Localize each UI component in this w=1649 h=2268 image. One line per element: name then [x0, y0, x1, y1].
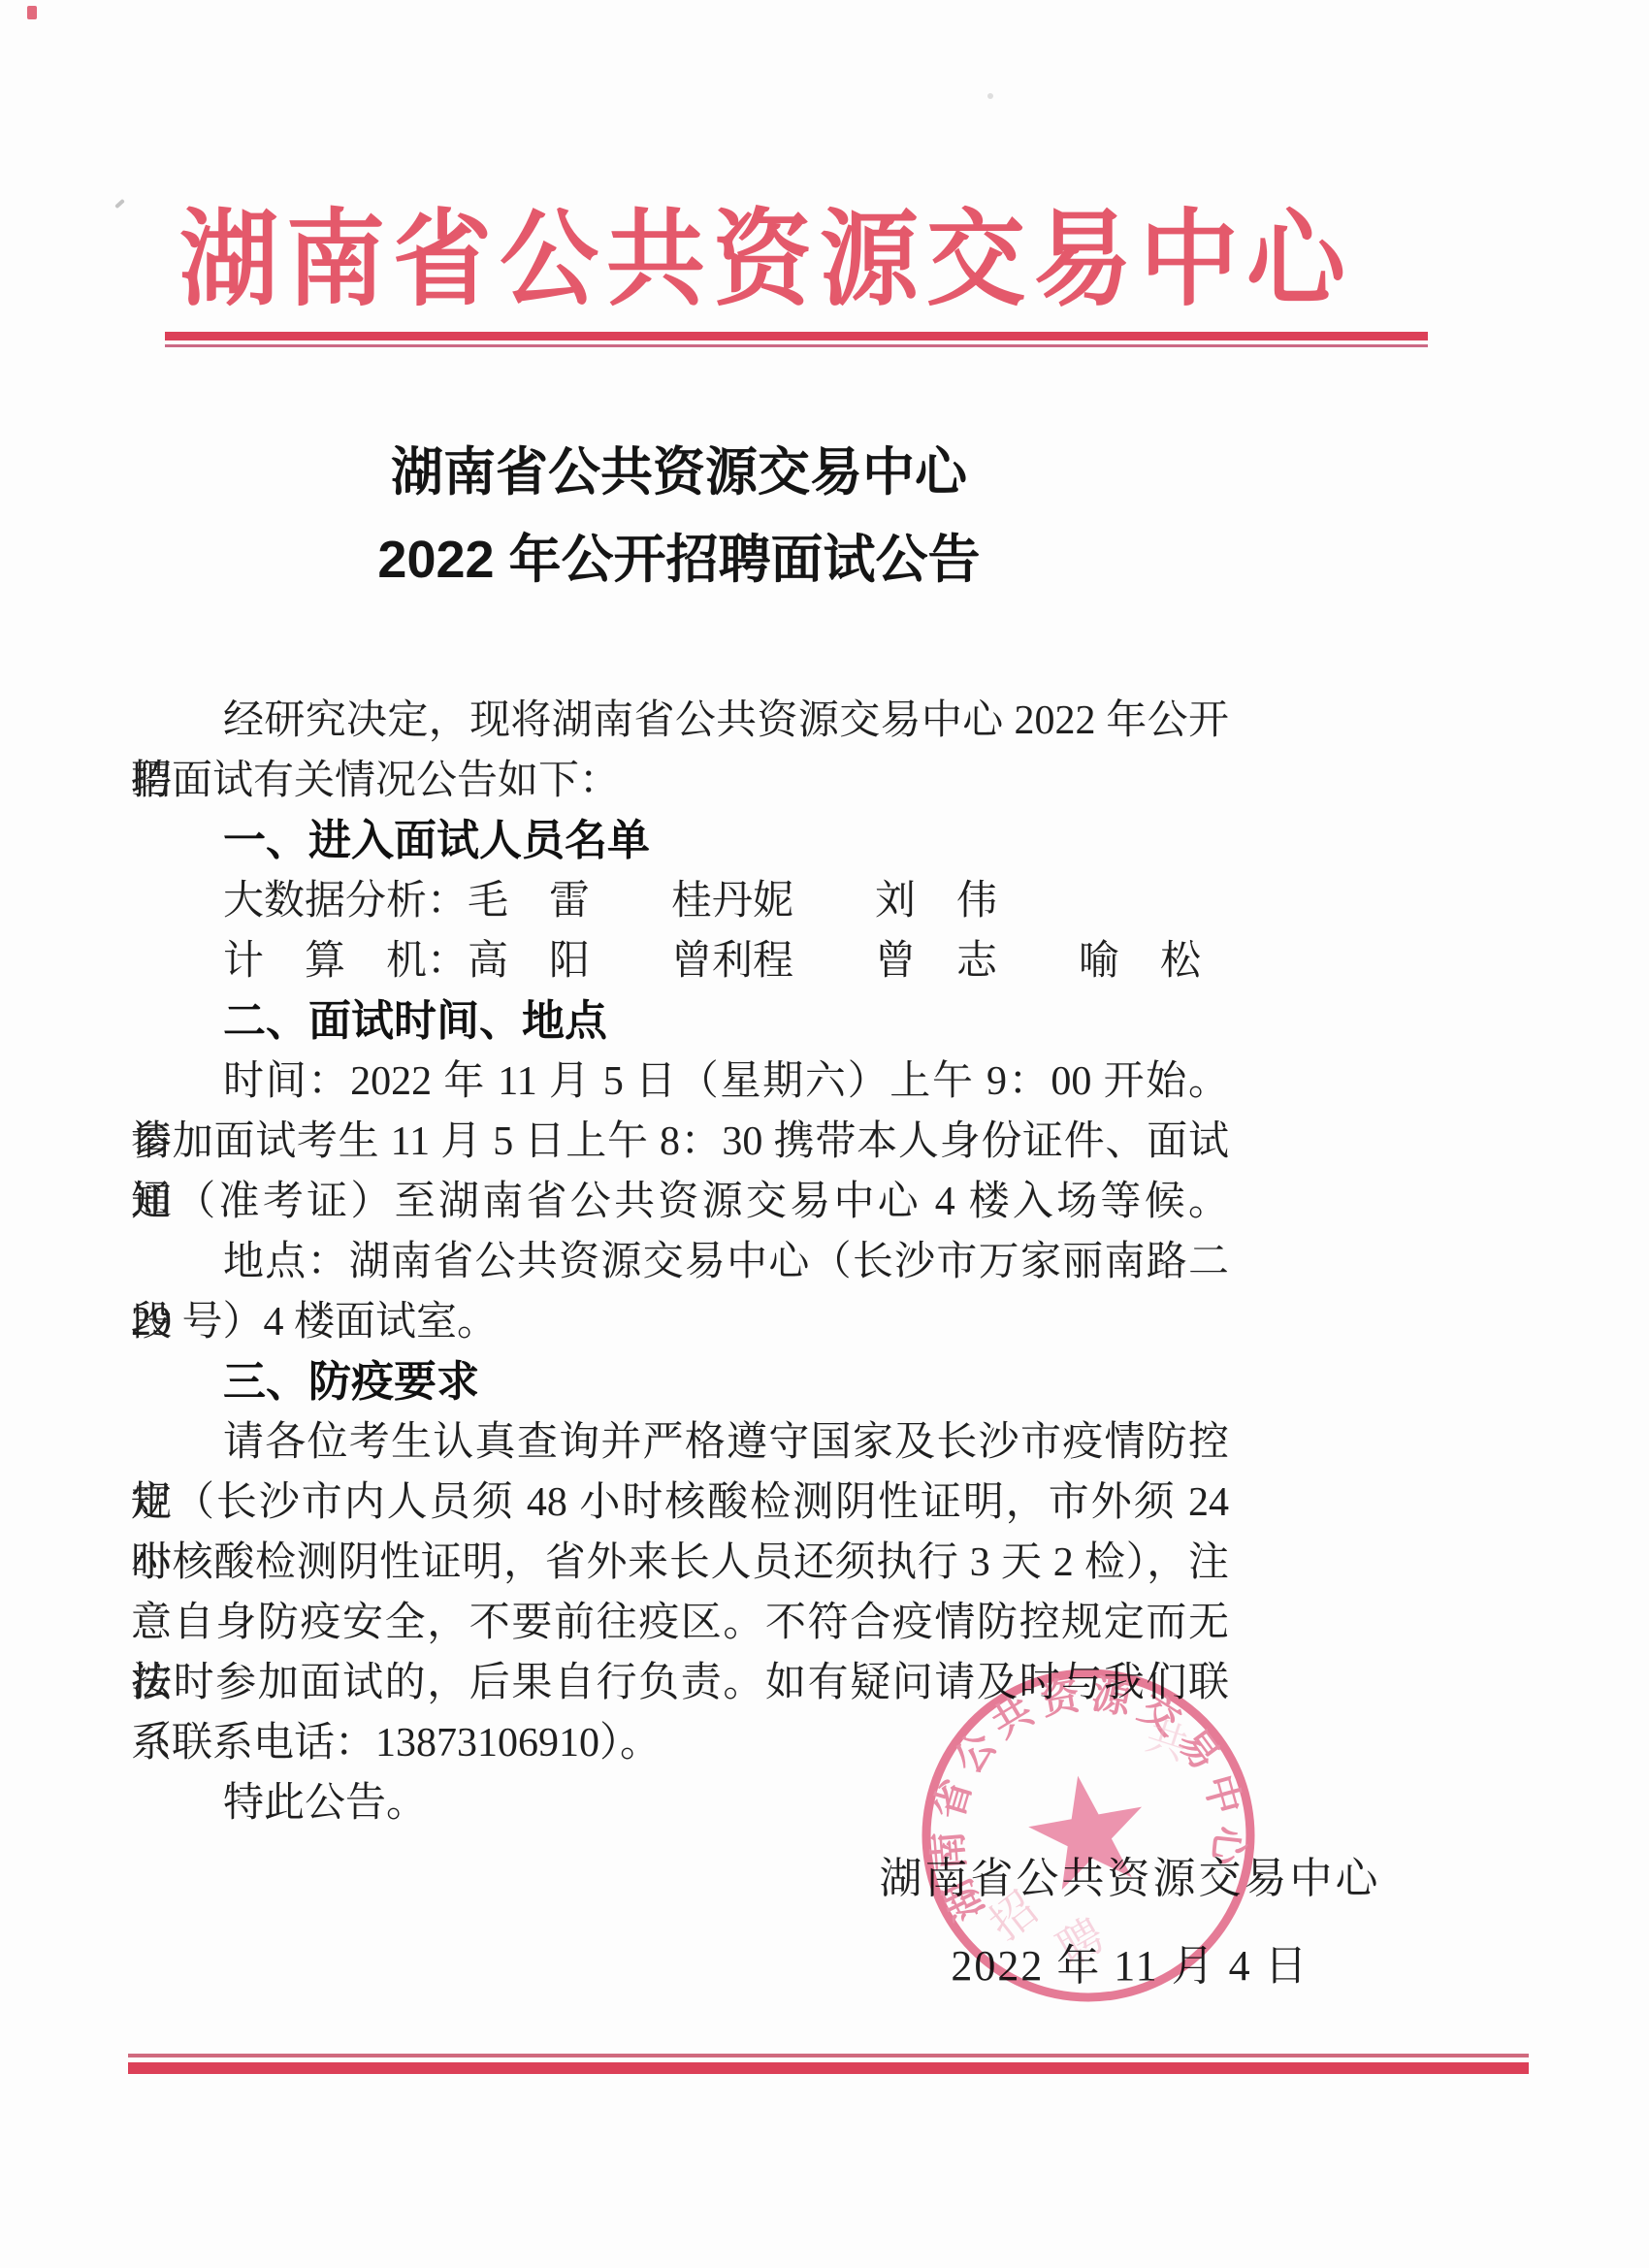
- letterhead-rule-thick: [165, 332, 1428, 340]
- body-line-name-list: 大数据分析：毛 雷 桂丹妮 刘 伟: [131, 871, 1229, 931]
- body-line: 29 号）4 楼面试室。: [131, 1292, 1229, 1352]
- letterhead-rule-thin: [165, 344, 1428, 347]
- body-line: 意自身防疫安全，不要前往疫区。不符合疫情防控规定而无法: [131, 1593, 1229, 1653]
- scan-artifact: [987, 93, 993, 99]
- body-line: 知（准考证）至湖南省公共资源交易中心 4 楼入场等候。: [131, 1172, 1229, 1232]
- document-page: 湖南省公共资源交易中心 湖南省公共资源交易中心 2022 年公开招聘面试公告 经…: [0, 0, 1649, 2268]
- section-heading-2: 二、面试时间、地点: [131, 991, 1229, 1052]
- body-line: 时间：2022 年 11 月 5 日（星期六）上午 9：00 开始。请: [131, 1052, 1229, 1112]
- document-title: 湖南省公共资源交易中心 2022 年公开招聘面试公告: [131, 429, 1227, 603]
- stamp-watermark-char: 招: [982, 1884, 1048, 1951]
- document-title-line2: 2022 年公开招聘面试公告: [131, 516, 1227, 603]
- official-seal-stamp: 湖南省公共资源交易中心 招 聘 共: [890, 1637, 1286, 2033]
- body-line: 定（长沙市内人员须 48 小时核酸检测阴性证明，市外须 24 小: [131, 1473, 1229, 1533]
- stamp-watermark-char: 聘: [1050, 1911, 1114, 1976]
- section-heading-1: 一、进入面试人员名单: [131, 811, 1229, 871]
- footer-rule-thin: [128, 2054, 1529, 2057]
- stamp-star-icon: [1021, 1766, 1153, 1894]
- letterhead-org-name: 湖南省公共资源交易中心: [0, 177, 1533, 327]
- document-title-line1: 湖南省公共资源交易中心: [131, 429, 1227, 516]
- section-heading-3: 三、防疫要求: [131, 1352, 1229, 1412]
- body-line: 时核酸检测阴性证明，省外来长人员还须执行 3 天 2 检），注: [131, 1533, 1229, 1593]
- body-line: 参加面试考生 11 月 5 日上午 8：30 携带本人身份证件、面试通: [131, 1112, 1229, 1172]
- footer-rule-thick: [128, 2062, 1529, 2074]
- body-paragraphs: 经研究决定，现将湖南省公共资源交易中心 2022 年公开招 聘面试有关情况公告如…: [131, 691, 1229, 1833]
- scan-artifact: [27, 6, 37, 19]
- body-line: 请各位考生认真查询并严格遵守国家及长沙市疫情防控规: [131, 1412, 1229, 1473]
- body-line-name-list: 计 算 机：高 阳 曾利程 曾 志 喻 松: [131, 931, 1229, 991]
- body-line: 地点：湖南省公共资源交易中心（长沙市万家丽南路二段: [131, 1232, 1229, 1292]
- body-line: 聘面试有关情况公告如下：: [131, 751, 1229, 811]
- body-line: 经研究决定，现将湖南省公共资源交易中心 2022 年公开招: [131, 691, 1229, 751]
